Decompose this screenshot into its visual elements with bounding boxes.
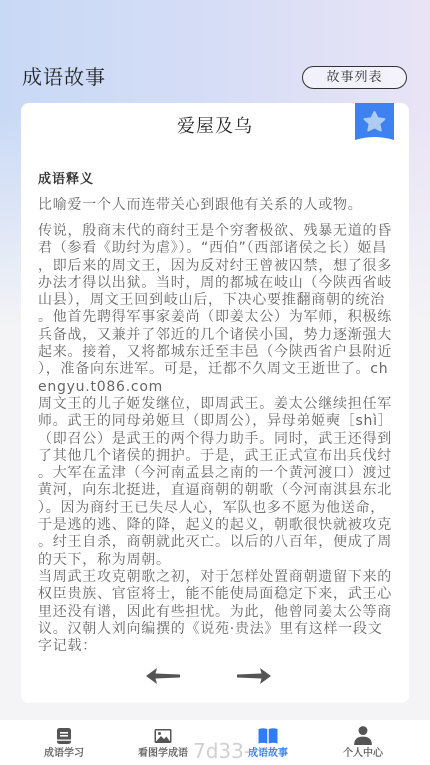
tab-picture-idioms[interactable]: 看图学成语 [115, 720, 211, 765]
book-icon [55, 727, 73, 745]
story-paragraph: 当周武王攻克朝歌之初，对于怎样处置商朝遗留下来的权臣贵族、官宦将士，能不能使局面… [38, 569, 396, 655]
story-paragraph: 传说，殷商末代的商纣王是个穷奢极欲、残暴无道的昏君（参看《助纣为虐》）。“西伯”… [38, 223, 396, 396]
page-title: 成语故事 [22, 64, 106, 90]
star-bookmark-icon [355, 103, 394, 140]
next-story-button[interactable] [236, 663, 272, 689]
tab-idiom-stories[interactable]: 成语故事 [220, 720, 316, 765]
bottom-tab-bar: 成语学习 看图学成语 成语故事 个人中心 [0, 720, 430, 765]
story-card: 爱屋及乌 成语释义 比喻爱一个人而连带关心到跟他有关系的人或物。 传说，殷商末代… [21, 103, 409, 703]
previous-story-button[interactable] [145, 663, 181, 689]
tab-personal-center[interactable]: 个人中心 [315, 720, 411, 765]
picture-icon [153, 727, 173, 745]
story-content[interactable]: 成语释义 比喻爱一个人而连带关心到跟他有关系的人或物。 传说，殷商末代的商纣王是… [38, 165, 396, 658]
favorite-button[interactable] [355, 103, 394, 140]
tab-idiom-study[interactable]: 成语学习 [16, 720, 112, 765]
idiom-title: 爱屋及乌 [21, 115, 409, 139]
idiom-meaning: 比喻爱一个人而连带关心到跟他有关系的人或物。 [38, 197, 396, 214]
tab-label: 看图学成语 [115, 747, 211, 761]
open-book-icon [258, 727, 278, 745]
story-paragraph: 周文王的儿子姬发继位，即周武王。姜太公继续担任军师。武王的同母弟姬旦（即周公），… [38, 396, 396, 569]
story-list-button[interactable]: 故事列表 [302, 66, 407, 89]
tab-label: 个人中心 [315, 747, 411, 761]
person-icon [353, 725, 373, 745]
section-label-meaning: 成语释义 [38, 171, 396, 189]
arrow-left-icon [146, 668, 180, 684]
story-navigation [21, 663, 409, 689]
tab-label: 成语故事 [220, 747, 316, 761]
arrow-right-icon [237, 668, 271, 684]
tab-label: 成语学习 [16, 747, 112, 761]
